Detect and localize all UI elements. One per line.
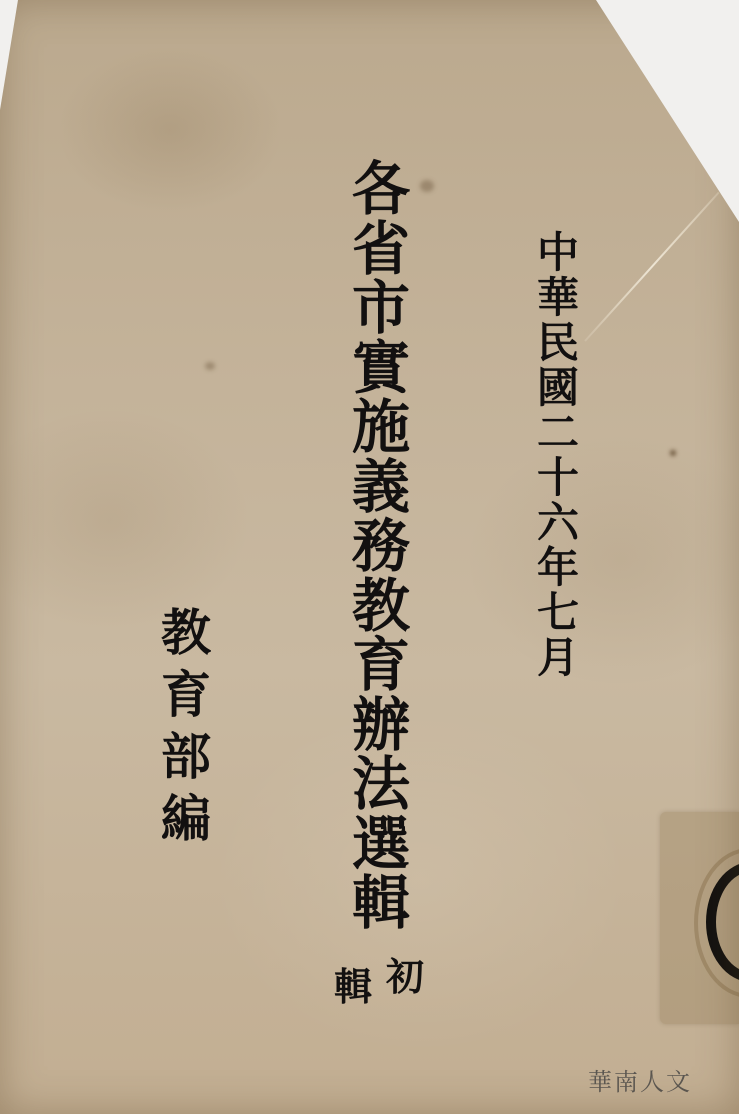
title-char: 輯 <box>352 874 410 934</box>
publisher-char: 部 <box>161 732 211 794</box>
date-char: 十 <box>537 457 579 502</box>
title-char: 義 <box>352 458 410 518</box>
title-char: 選 <box>352 815 410 875</box>
edition-char-second: 輯 <box>334 956 372 1011</box>
edition-note: 初 輯 <box>330 940 430 1000</box>
age-spot <box>205 362 215 370</box>
age-spot <box>670 450 676 456</box>
date-char: 民 <box>537 322 579 367</box>
edition-char-first: 初 <box>386 946 424 1001</box>
publisher-char: 教 <box>161 608 211 670</box>
handwritten-mark: 華南人文 <box>588 1062 692 1097</box>
title-char: 法 <box>352 755 410 815</box>
title-char: 務 <box>352 517 410 577</box>
title-char: 省 <box>352 220 410 280</box>
publication-date: 中 華 民 國 二 十 六 年 七 月 <box>530 232 586 682</box>
date-char: 月 <box>537 637 579 682</box>
age-spot <box>420 180 434 192</box>
publisher-char: 育 <box>161 670 211 732</box>
main-title: 各 省 市 實 施 義 務 教 育 辦 法 選 輯 <box>346 160 416 934</box>
publisher-char: 編 <box>161 794 211 856</box>
title-char: 教 <box>352 577 410 637</box>
title-char: 各 <box>352 160 410 220</box>
title-char: 辦 <box>352 696 410 756</box>
publisher: 教 育 部 編 <box>155 608 217 856</box>
date-char: 六 <box>537 502 579 547</box>
book-cover: 各 省 市 實 施 義 務 教 育 辦 法 選 輯 初 輯 中 華 民 國 二 … <box>0 0 739 1114</box>
date-char: 二 <box>537 412 579 457</box>
paper-crease <box>584 192 719 342</box>
date-char: 中 <box>537 232 579 277</box>
title-char: 實 <box>352 339 410 399</box>
title-char: 市 <box>352 279 410 339</box>
date-char: 國 <box>537 367 579 412</box>
date-char: 七 <box>537 592 579 637</box>
title-char: 育 <box>352 636 410 696</box>
title-char: 施 <box>352 398 410 458</box>
date-char: 華 <box>537 277 579 322</box>
date-char: 年 <box>537 547 579 592</box>
